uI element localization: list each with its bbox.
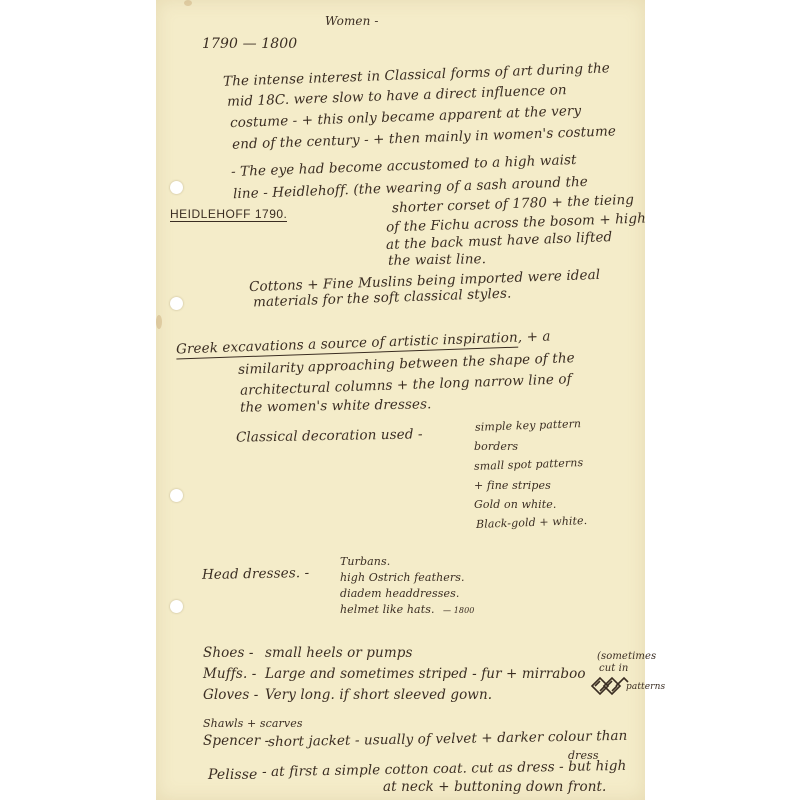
text-line: the waist line. [388, 253, 486, 268]
decoration-item: borders [474, 441, 518, 452]
punch-hole [170, 600, 183, 613]
accessory-text: small heels or pumps [265, 647, 413, 661]
head-dress-item: Turbans. [340, 556, 390, 567]
decoration-item: + fine stripes [474, 480, 551, 491]
paper-stain [184, 0, 192, 6]
pelisse-label: Pelisse [208, 768, 257, 782]
punch-hole [170, 181, 183, 194]
muff-note: (sometimes [597, 652, 656, 662]
text-line: the women's white dresses. [240, 398, 432, 415]
head-dresses-label: Head dresses. - [202, 567, 309, 582]
decoration-item: Gold on white. [474, 499, 557, 510]
accessory-label: Gloves - [203, 689, 258, 703]
muff-note: patterns [626, 683, 665, 692]
paper-stain [156, 315, 162, 329]
muff-note: cut in [599, 664, 628, 674]
head-dress-item: diadem headdresses. [340, 588, 459, 599]
accessory-text: Large and sometimes striped - fur + mirr… [265, 668, 586, 682]
accessory-label: Shoes - [203, 647, 254, 661]
accessory-text: Very long. if short sleeved gown. [265, 689, 492, 703]
decoration-item: simple key pattern [475, 418, 581, 433]
year-note: — 1800 [443, 607, 475, 615]
margin-note: HEIDLEHOFF 1790. [170, 208, 287, 222]
head-dress-item: high Ostrich feathers. [340, 572, 465, 583]
head-dress-item: helmet like hats. [340, 604, 435, 615]
punch-hole [170, 297, 183, 310]
date-range: 1790 — 1800 [202, 37, 297, 51]
spencer-label: Spencer - [203, 735, 269, 749]
accessory-label: Muffs. - [203, 668, 256, 682]
shawls-line: Shawls + scarves [203, 718, 303, 729]
page-title: Women - [325, 15, 379, 27]
pelisse-cont: at neck + buttoning down front. [383, 781, 606, 795]
pattern-sketch-icon [590, 674, 630, 698]
punch-hole [170, 489, 183, 502]
decoration-label: Classical decoration used - [236, 428, 423, 445]
